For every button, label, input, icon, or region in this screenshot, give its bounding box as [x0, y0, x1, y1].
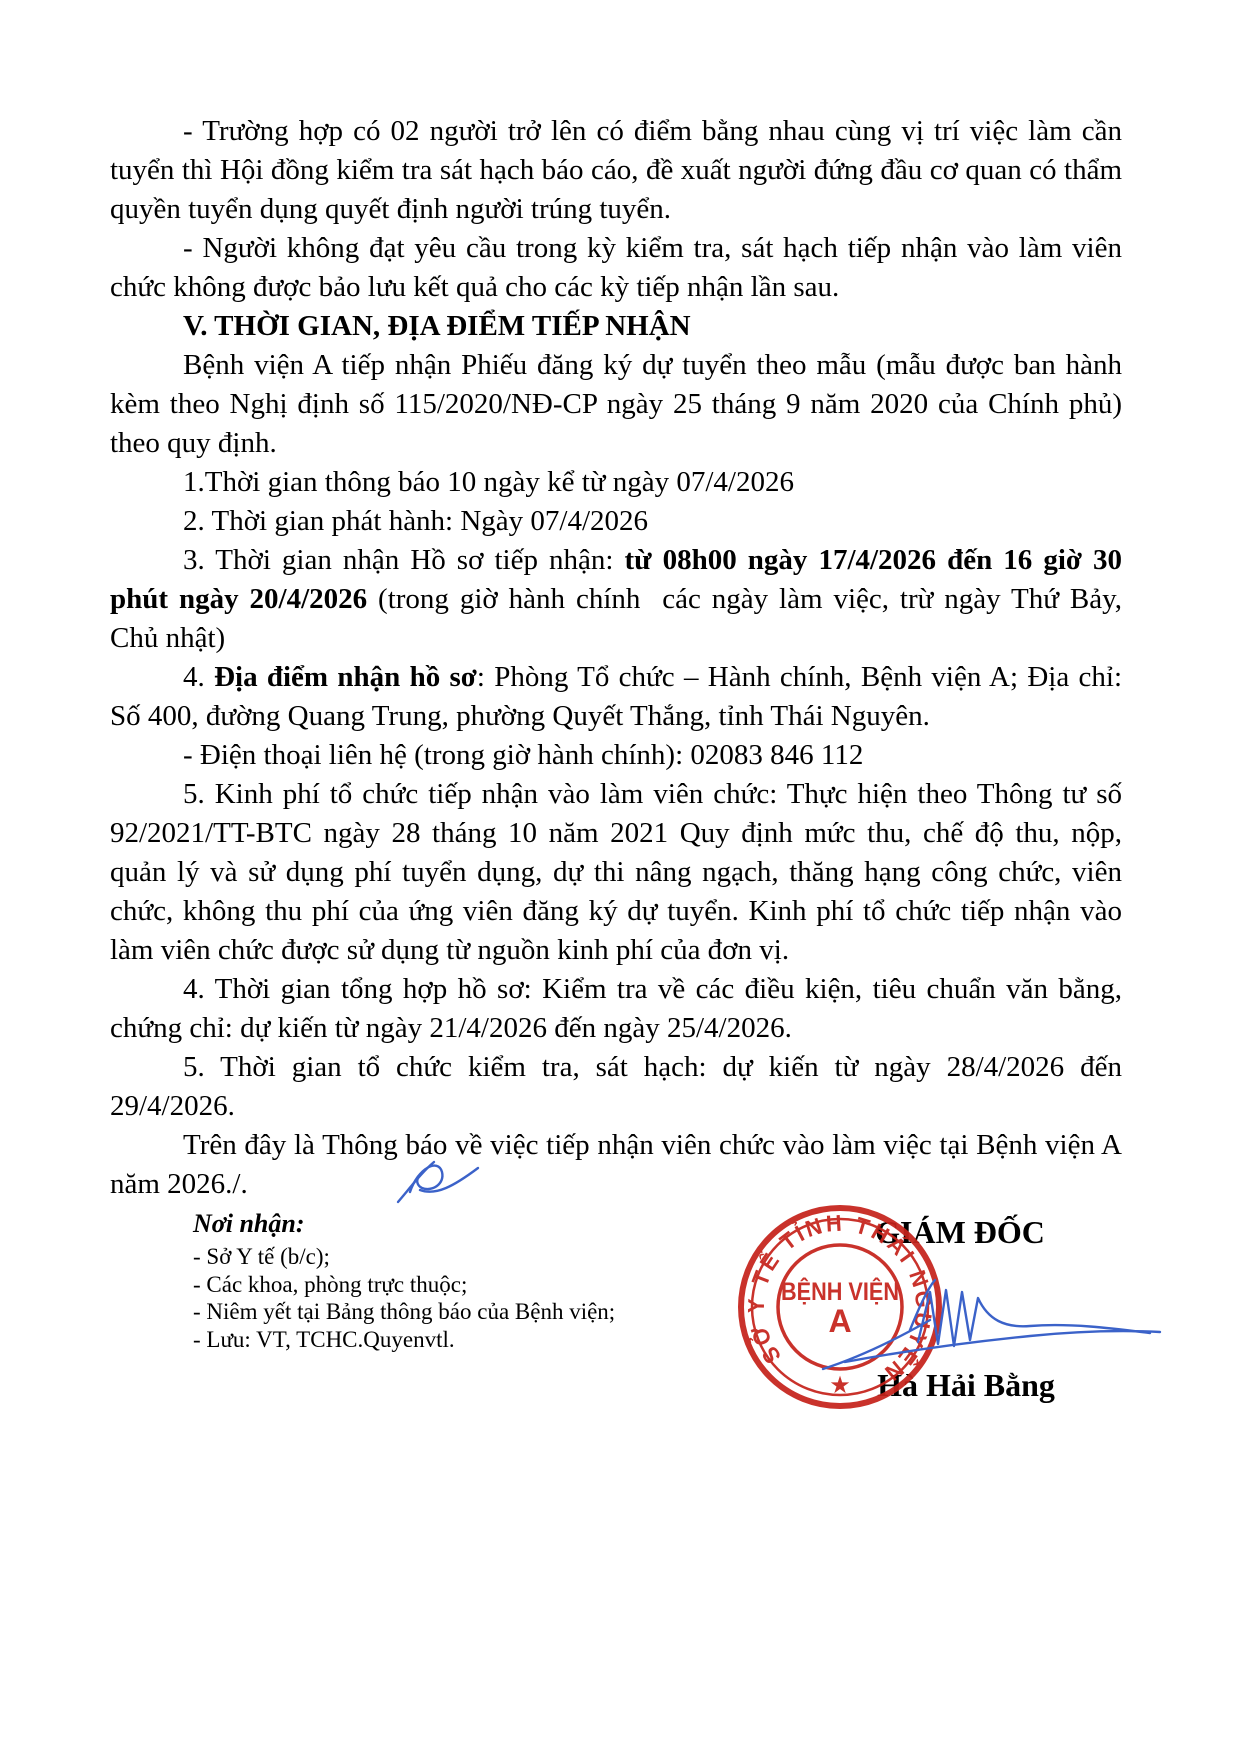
- item-5b-exam-schedule: 5. Thời gian tổ chức kiểm tra, sát hạch:…: [110, 1048, 1122, 1126]
- signature-stroke-zigzag: [918, 1290, 1150, 1346]
- document-page: - Trường hợp có 02 người trở lên có điểm…: [0, 0, 1241, 1754]
- handwritten-signature: [390, 1140, 1170, 1410]
- item-3-prefix: 3. Thời gian nhận Hồ sơ tiếp nhận:: [183, 544, 624, 576]
- signature-stroke-diagonal: [823, 1320, 930, 1369]
- item-3-dossier-period: 3. Thời gian nhận Hồ sơ tiếp nhận: từ 08…: [110, 541, 1122, 658]
- signature-paraph-loop: [410, 1166, 442, 1192]
- item-4-label-bold: Địa điểm nhận hồ sơ: [214, 661, 477, 693]
- section-v-heading: V. THỜI GIAN, ĐỊA ĐIỂM TIẾP NHẬN: [110, 307, 1122, 346]
- item-4-location: 4. Địa điểm nhận hồ sơ: Phòng Tổ chức – …: [110, 658, 1122, 736]
- paragraph-form-intro: Bệnh viện A tiếp nhận Phiếu đăng ký dự t…: [110, 346, 1122, 463]
- paragraph-tiebreak-rule: - Trường hợp có 02 người trở lên có điểm…: [110, 112, 1122, 229]
- document-body: - Trường hợp có 02 người trở lên có điểm…: [110, 112, 1122, 1204]
- item-phone: - Điện thoại liên hệ (trong giờ hành chí…: [110, 736, 1122, 775]
- item-4-number: 4.: [183, 661, 214, 693]
- item-4b-dossier-review: 4. Thời gian tổng hợp hồ sơ: Kiểm tra về…: [110, 970, 1122, 1048]
- signature-stroke-underline: [845, 1331, 1160, 1362]
- item-2-issue-date: 2. Thời gian phát hành: Ngày 07/4/2026: [110, 502, 1122, 541]
- item-1-notice-period: 1.Thời gian thông báo 10 ngày kể từ ngày…: [110, 463, 1122, 502]
- item-5-fees: 5. Kinh phí tổ chức tiếp nhận vào làm vi…: [110, 775, 1122, 970]
- paragraph-no-result-reservation: - Người không đạt yêu cầu trong kỳ kiểm …: [110, 229, 1122, 307]
